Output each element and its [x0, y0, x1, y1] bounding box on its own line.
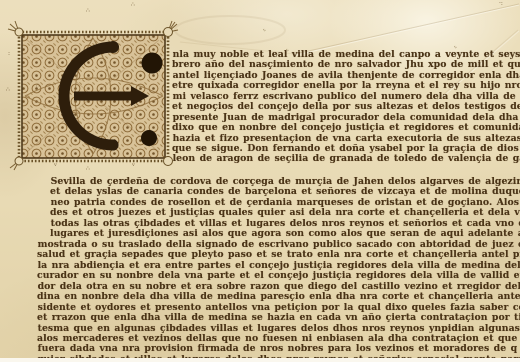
- margin-mark: ·:: [499, 1, 503, 7]
- manuscript-text-line: que se sigue. Don fernando et doña ysabe…: [172, 144, 520, 154]
- manuscript-text-line: leon de aragon de seçilia de granada de …: [173, 154, 520, 164]
- manuscript-text-line: etre quixada corregidor enella por la rr…: [172, 81, 520, 91]
- manuscript-text-line: salud et graçia sepades que pleyto paso …: [37, 250, 520, 260]
- margin-mark: ∴: [86, 8, 90, 14]
- manuscript-text-line: fuera dada vna nra provision firmada de …: [38, 344, 520, 354]
- margin-mark: ∴: [36, 83, 40, 89]
- manuscript-text-block-wide-upper: Sevilla de çerdeña de cordova de corçega…: [50, 177, 520, 240]
- manuscript-text-line: todas las otras çibdades et villas et lu…: [51, 219, 520, 229]
- initial-dark-dot-bottom: [141, 130, 157, 146]
- manuscript-text-line: dina en nonbre dela dha villa de medina …: [37, 292, 520, 302]
- manuscript-text-line: tesma que en algunas çibdades villas et …: [38, 324, 520, 334]
- manuscript-text-line: lugares et juresdiçiones asi alos que ag…: [50, 229, 520, 239]
- manuscript-text-line: presente Juan de madrigal procurador del…: [173, 113, 520, 123]
- scan-bottom-edge: [0, 358, 520, 362]
- manuscript-text-line: Sevilla de çerdeña de cordova de corçega…: [51, 177, 520, 187]
- manuscript-text-line: et delas yslas de canaria condes de barç…: [50, 187, 520, 197]
- manuscript-text-line: nla muy noble et leal villa de medina de…: [173, 50, 520, 60]
- manuscript-text-line: alos mercaderes et vezinos dellas que no…: [37, 334, 520, 344]
- manuscript-text-line: hazia et fizo presentaçion de vna carta …: [173, 134, 520, 144]
- margin-mark: ∴: [131, 2, 135, 8]
- manuscript-text-line: curador en su nonbre dela vna parte et e…: [37, 271, 520, 281]
- manuscript-text-block-wide-lower: mostrada o su traslado della signado de …: [37, 240, 520, 362]
- margin-mark: ∴: [6, 87, 10, 93]
- margin-mark: ∴: [86, 166, 90, 172]
- margin-mark: v: [54, 163, 57, 168]
- manuscript-text-line: sidente et oydores et presento antellos …: [38, 303, 520, 313]
- manuscript-text-line: et negoçios del conçejo della por sus al…: [172, 102, 520, 112]
- manuscript-text-line: neo patria condes de rosellon et de çerd…: [51, 198, 520, 208]
- illuminated-initial: [17, 30, 170, 163]
- manuscript-text-line: mi velasco ferrz escrivano publico del n…: [173, 92, 520, 102]
- illuminated-initial-block: E: [17, 30, 170, 163]
- margin-mark: '': [259, 29, 265, 36]
- manuscript-text-block-indented: nla muy noble et leal villa de medina de…: [172, 50, 520, 165]
- manuscript-scan: E: [0, 0, 520, 362]
- margin-mark: :: [8, 51, 10, 57]
- manuscript-text-line: dor dela otra en su nobre et era sobre r…: [38, 282, 520, 292]
- manuscript-text-line: brero año del nasçimiento de nro salvado…: [172, 60, 520, 70]
- manuscript-text-line: la nra abdiençia et era entre partes el …: [38, 261, 520, 271]
- margin-mark: v: [132, 163, 135, 168]
- manuscript-text-line: dixo que en nonbre del conçejo justiçia …: [172, 123, 520, 133]
- manuscript-text-line: des et otros juezes et justiçias quales …: [50, 208, 520, 218]
- manuscript-text-line: et rrazon que enla dha villa de medina s…: [37, 313, 520, 323]
- initial-dark-dot-top: [142, 53, 163, 74]
- manuscript-text-line: mostrada o su traslado della signado de …: [38, 240, 520, 250]
- manuscript-text-line: antel liçençiado Joanes de avila thenjen…: [173, 71, 520, 81]
